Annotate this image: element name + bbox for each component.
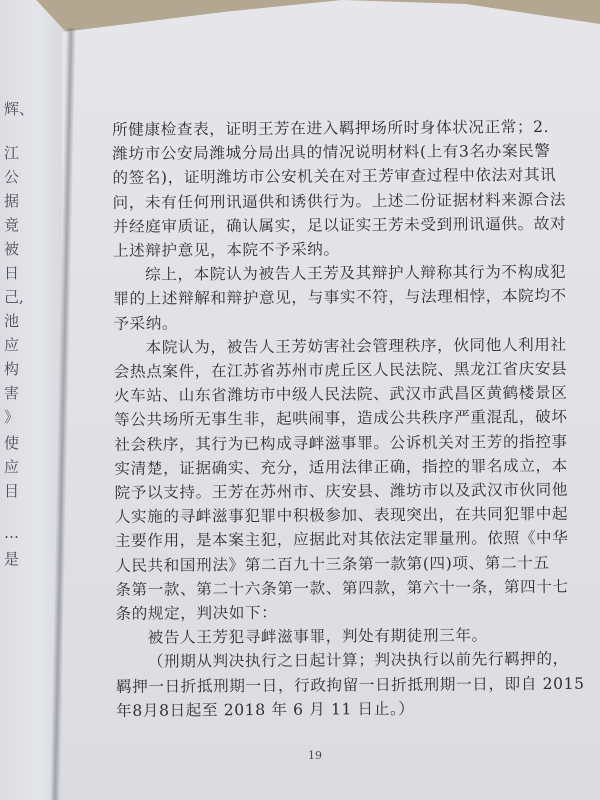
left-fragment: 竟 xyxy=(4,218,19,233)
text-line: 社会秩序，其行为已构成寻衅滋事罪。公诉机关对王芳的指控事 xyxy=(114,429,584,456)
left-fragment: 池 xyxy=(4,314,19,329)
page-number: 19 xyxy=(308,749,322,762)
text-line: 予采纳。 xyxy=(113,308,583,335)
text-line: 主要作用，是本案主犯，应据此对其依法定罪量刑。依照《中华 xyxy=(115,526,585,553)
text-line: 羁押一日折抵刑期一日，行政拘留一日折抵刑期一日，即自 2015 xyxy=(116,671,586,698)
text-line: 本院认为，被告人王芳妨害社会管理秩序，伙同他人利用社 xyxy=(114,333,584,360)
text-line: 并经庭审质证，确认属实，足以证实王芳未受到刑讯逼供。故对 xyxy=(113,212,583,239)
judgment-text: 所健康检查表，证明王芳在进入羁押场所时身体状况正常；2. 潍坊市公安局潍城分局出… xyxy=(112,115,586,723)
text-line: 综上，本院认为被告人王芳及其辩护人辩称其行为不构成犯 xyxy=(113,260,583,287)
text-line: 等公共场所无事生非，起哄闹事，造成公共秩序严重混乱，破坏 xyxy=(114,405,584,432)
left-fragment: 己, xyxy=(4,290,24,305)
left-fragment: 据 xyxy=(4,194,19,209)
left-fragment: 被 xyxy=(4,242,19,257)
text-line: 问，未有任何刑讯逼供和诱供行为。上述二份证据材料来源合法 xyxy=(113,187,583,214)
left-fragment: … xyxy=(4,526,19,541)
text-line: 人民共和国刑法》第二百九十三条第一款第(四)项、第二十五 xyxy=(115,550,585,577)
text-line: 所健康检查表，证明王芳在进入羁押场所时身体状况正常；2. xyxy=(112,115,582,142)
text-line: 条第一款、第二十六条第一款、第四款，第六十一条，第四十七 xyxy=(115,575,585,602)
left-fragment: 目 xyxy=(4,484,19,499)
left-fragment: 》 xyxy=(4,410,19,425)
text-line: （刑期从判决执行之日起计算；判决执行以前先行羁押的， xyxy=(116,647,586,674)
left-fragment: 应 xyxy=(4,338,19,353)
left-fragment: 是 xyxy=(4,552,19,567)
text-line: 会热点案件，在江苏省苏州市虎丘区人民法院、黑龙江省庆安县 xyxy=(114,357,584,384)
text-line: 年8月8日起至 2018 年 6 月 11 日止。） xyxy=(116,696,586,723)
text-line: 罪的上述辩解和辩护意见，与事实不符，与法理相悖，本院均不 xyxy=(113,284,583,311)
left-fragment: 公 xyxy=(4,170,19,185)
left-fragment: 使 xyxy=(4,436,19,451)
left-fragment: 辉、 xyxy=(4,102,34,117)
left-fragment: 构 xyxy=(4,362,19,377)
text-line: 上述辩护意见，本院不予采纳。 xyxy=(113,236,583,263)
left-fragment: 江 xyxy=(4,146,19,161)
text-line: 人实施的寻衅滋事犯罪中积极参加、表现突出，在共同犯罪中起 xyxy=(115,502,585,529)
left-fragment: 害 xyxy=(4,386,19,401)
left-fragment: 应 xyxy=(4,460,19,475)
text-line: 的签名)，证明潍坊市公安机关在对王芳审查过程中依法对其讯 xyxy=(112,163,582,190)
text-line: 院予以支持。王芳在苏州市、庆安县、潍坊市以及武汉市伙同他 xyxy=(115,478,585,505)
text-line: 条的规定，判决如下： xyxy=(115,599,585,626)
text-line: 实清楚，证据确实、充分，适用法律正确，指控的罪名成立，本 xyxy=(114,454,584,481)
left-fragment: 日 xyxy=(4,266,19,281)
text-line: 火车站、山东省潍坊市中级人民法院、武汉市武昌区黄鹤楼景区 xyxy=(114,381,584,408)
verdict-line: 被告人王芳犯寻衅滋事罪，判处有期徒刑三年。 xyxy=(116,623,586,650)
text-line: 潍坊市公安局潍城分局出具的情况说明材料(上有3名办案民警 xyxy=(112,139,582,166)
